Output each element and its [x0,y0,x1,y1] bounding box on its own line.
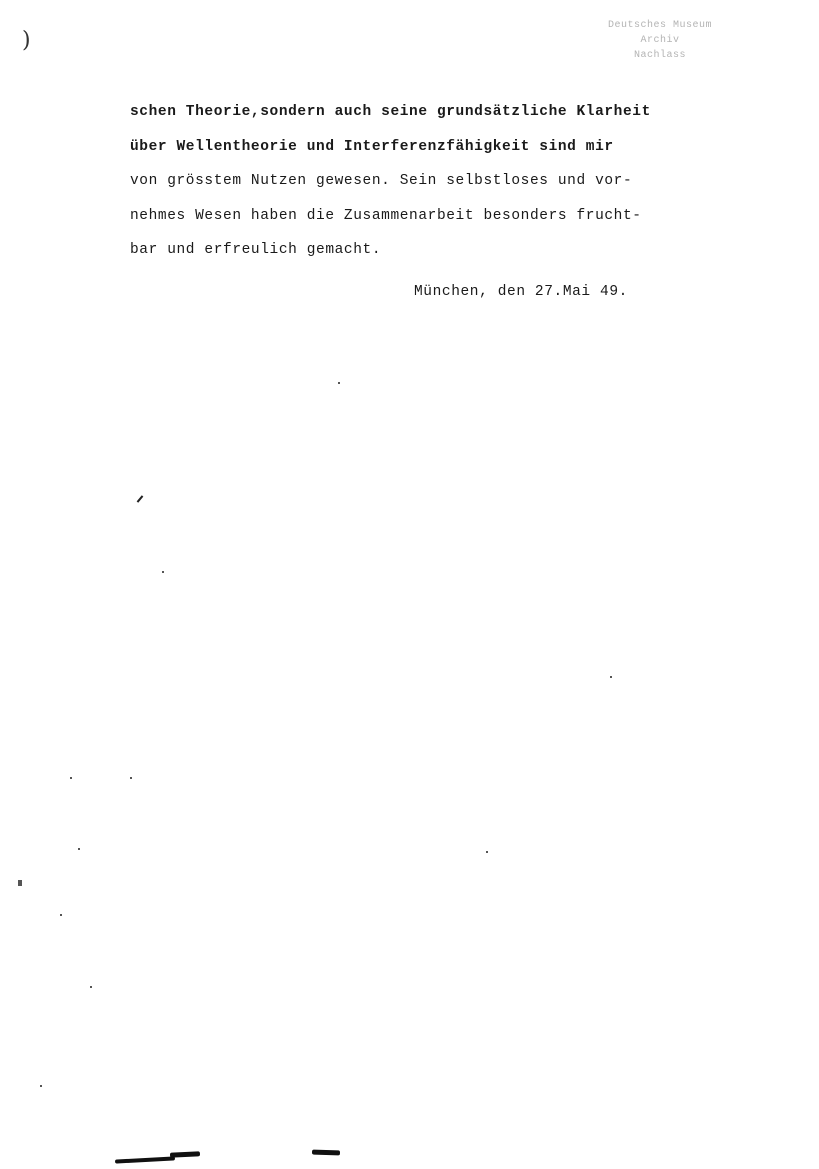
body-line-1: schen Theorie,sondern auch seine grundsä… [130,104,651,120]
body-line-5: bar und erfreulich gemacht. [130,242,381,258]
body-line-3: von grösstem Nutzen gewesen. Sein selbst… [130,173,632,189]
scan-speck [610,676,612,678]
scan-smear [312,1150,340,1156]
scan-speck [90,986,92,988]
scan-speck [130,777,132,779]
scan-speck [162,571,164,573]
dateline: München, den 27.Mai 49. [414,284,628,300]
stamp-line-2: Archiv [580,33,740,48]
scan-smear [170,1151,200,1158]
margin-bracket-mark: ) [22,28,31,53]
scan-speck [18,880,22,886]
stamp-line-3: Nachlass [580,48,740,63]
scan-smear [115,1156,175,1163]
scan-speck [78,848,80,850]
body-line-2: über Wellentheorie und Interferenzfähigk… [130,139,614,155]
scan-speck [70,777,72,779]
scan-speck [40,1085,42,1087]
scan-speck [338,382,340,384]
scan-speck [60,914,62,916]
body-line-4: nehmes Wesen haben die Zusammenarbeit be… [130,208,642,224]
archive-stamp: Deutsches Museum Archiv Nachlass [580,18,740,63]
scan-speck [486,851,488,853]
stamp-line-1: Deutsches Museum [580,18,740,33]
scan-mark [137,495,144,502]
